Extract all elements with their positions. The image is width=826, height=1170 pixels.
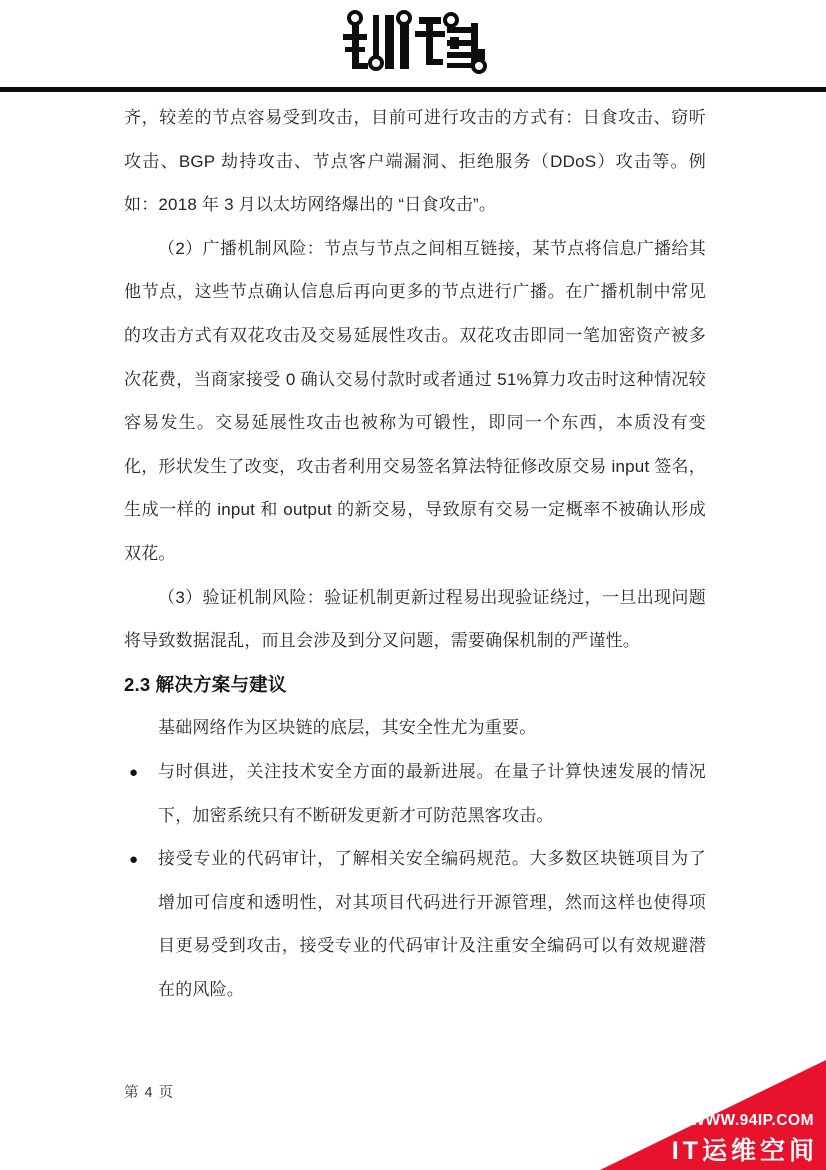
paragraph: （2）广播机制风险：节点与节点之间相互链接，某节点将信息广播给其他节点，这些节点…: [124, 227, 706, 576]
paragraph: 齐，较差的节点容易受到攻击，目前可进行攻击的方式有：日食攻击、窃听攻击、BGP …: [124, 96, 706, 227]
list-item: ● 接受专业的代码审计，了解相关安全编码规范。大多数区块链项目为了增加可信度和透…: [124, 837, 706, 1011]
section-intro: 基础网络作为区块链的底层，其安全性尤为重要。: [124, 706, 706, 750]
page-header: [0, 0, 826, 93]
brand-logo-icon: [343, 8, 487, 74]
page-number: 第 4 页: [124, 1081, 174, 1102]
bullet-list: ● 与时俱进，关注技术安全方面的最新进展。在量子计算快速发展的情况下，加密系统只…: [124, 750, 706, 1012]
document-page: 齐，较差的节点容易受到攻击，目前可进行攻击的方式有：日食攻击、窃听攻击、BGP …: [0, 0, 826, 1170]
bullet-icon: ●: [129, 751, 138, 795]
watermark-badge: WWW.94IP.COM IT运维空间: [600, 1060, 826, 1170]
list-item-text: 接受专业的代码审计，了解相关安全编码规范。大多数区块链项目为了增加可信度和透明性…: [158, 849, 706, 999]
bullet-icon: ●: [129, 838, 138, 882]
article-body: 齐，较差的节点容易受到攻击，目前可进行攻击的方式有：日食攻击、窃听攻击、BGP …: [124, 96, 706, 1011]
list-item-text: 与时俱进，关注技术安全方面的最新进展。在量子计算快速发展的情况下，加密系统只有不…: [158, 762, 706, 825]
header-divider: [0, 87, 826, 92]
watermark-url-text: WWW.94IP.COM: [690, 1112, 814, 1130]
paragraph: （3）验证机制风险：验证机制更新过程易出现验证绕过，一旦出现问题将导致数据混乱，…: [124, 576, 706, 663]
section-heading: 2.3 解决方案与建议: [124, 663, 706, 707]
watermark-brand-text: IT运维空间: [672, 1131, 818, 1167]
list-item: ● 与时俱进，关注技术安全方面的最新进展。在量子计算快速发展的情况下，加密系统只…: [124, 750, 706, 837]
